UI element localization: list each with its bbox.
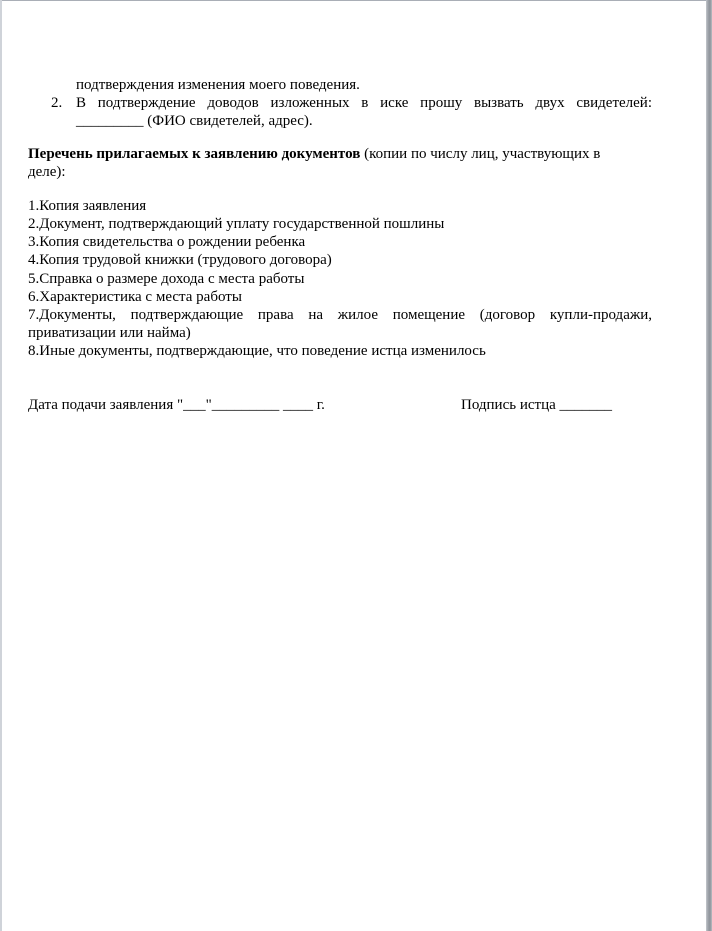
item2-text-line2: _________ (ФИО свидетелей, адрес). — [76, 112, 313, 130]
document-page: подтверждения изменения моего поведения.… — [2, 1, 706, 931]
list-item: 3.Копия свидетельства о рождении ребенка — [28, 233, 305, 251]
attachments-heading-wrap: деле): — [28, 163, 66, 181]
list-item-continuation: приватизации или найма) — [28, 324, 191, 342]
attachments-heading-bold: Перечень прилагаемых к заявлению докумен… — [28, 146, 360, 162]
list-item: 6.Характеристика с места работы — [28, 288, 242, 306]
list-item: 4.Копия трудовой книжки (трудового догов… — [28, 251, 332, 269]
page-shadow-right — [706, 0, 712, 931]
witness-hint: (ФИО свидетелей, адрес). — [144, 113, 313, 129]
item2-number: 2. — [51, 94, 62, 112]
filing-date-field: Дата подачи заявления "___"_________ ___… — [28, 396, 325, 414]
item1-continuation: подтверждения изменения моего поведения. — [76, 76, 360, 94]
attachments-heading: Перечень прилагаемых к заявлению докумен… — [28, 145, 600, 163]
list-item: 2.Документ, подтверждающий уплату госуда… — [28, 215, 444, 233]
item2-text-line1: В подтверждение доводов изложенных в иск… — [76, 94, 652, 112]
list-item: 7.Документы, подтверждающие права на жил… — [28, 306, 652, 324]
plaintiff-signature-field: Подпись истца _______ — [461, 396, 612, 414]
witness-blank: _________ — [76, 113, 144, 129]
list-item: 5.Справка о размере дохода с места работ… — [28, 270, 304, 288]
list-item: 8.Иные документы, подтверждающие, что по… — [28, 342, 486, 360]
list-item: 1.Копия заявления — [28, 197, 146, 215]
attachments-heading-note: (копии по числу лиц, участвующих в — [360, 146, 600, 162]
